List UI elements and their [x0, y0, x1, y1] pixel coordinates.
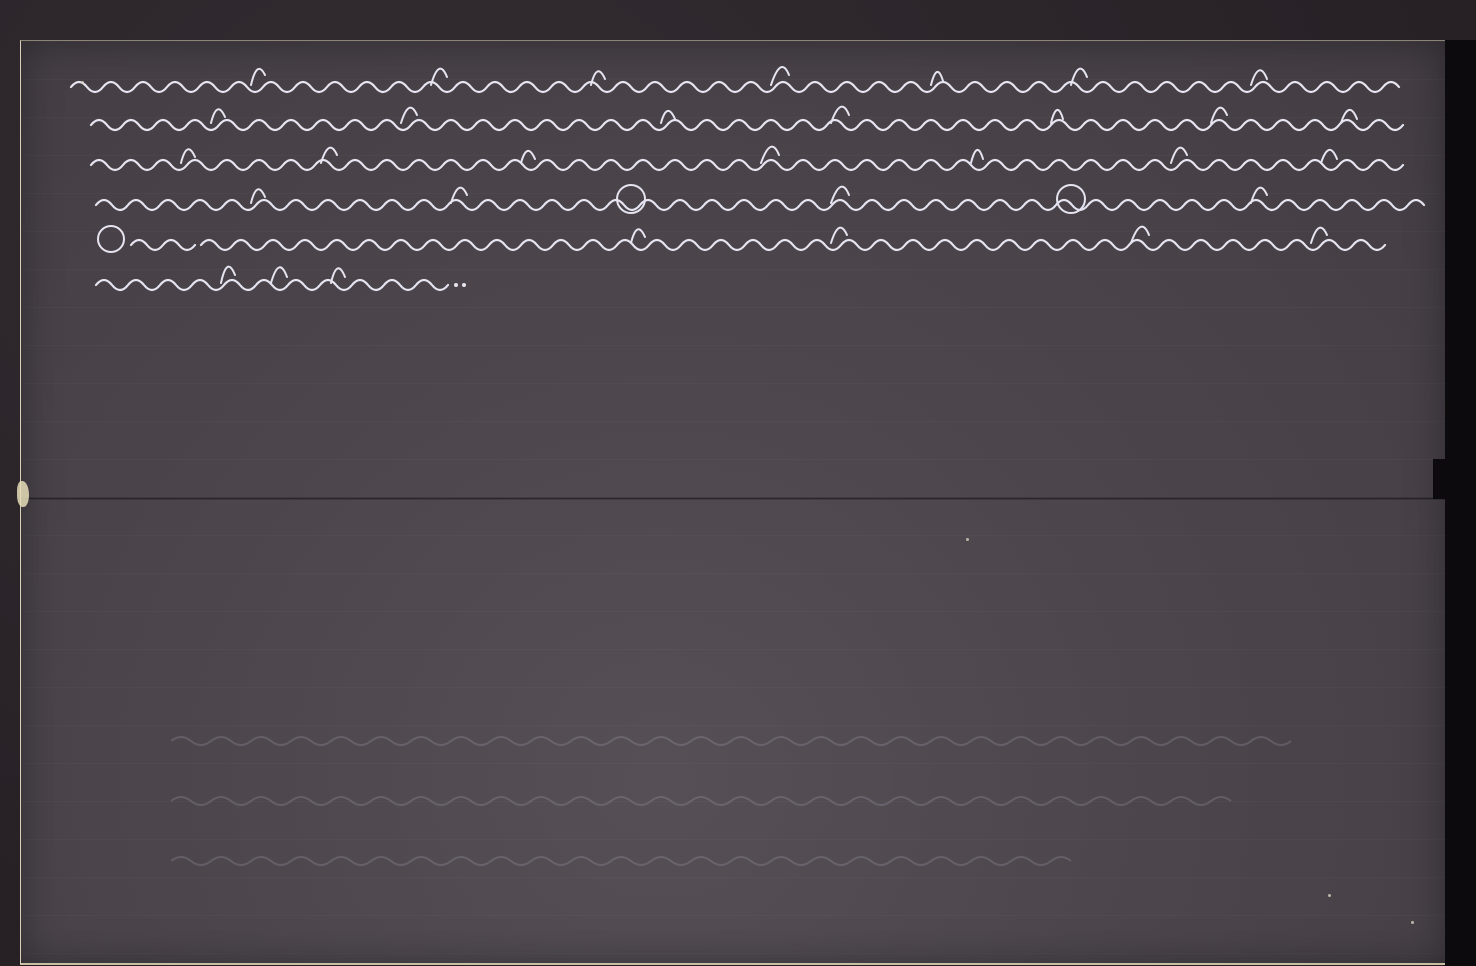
script-line-3: [illegible Burmese handwriting]	[71, 139, 1401, 179]
handwriting-strokes	[71, 99, 1381, 139]
handwriting-strokes	[71, 59, 1361, 99]
paper-speck	[966, 538, 969, 541]
handwriting-strokes	[71, 179, 1391, 219]
paper-speck	[1328, 894, 1331, 897]
script-line-5: [illegible Burmese handwriting]	[71, 219, 1401, 259]
fold-tear-left	[17, 481, 29, 507]
script-line-6: [illegible Burmese handwriting]	[71, 259, 1401, 299]
handwriting-strokes	[71, 219, 1371, 259]
script-line-2: [illegible Burmese handwriting]	[71, 99, 1401, 139]
handwritten-text-block: [illegible Burmese handwriting] [illegib…	[71, 59, 1401, 299]
paper-speck	[81, 81, 84, 84]
manuscript-sheet: [illegible Burmese handwriting] [illegib…	[20, 40, 1445, 965]
script-line-1: [illegible Burmese handwriting]	[71, 59, 1401, 99]
fold-tear-right	[1433, 459, 1455, 499]
handwriting-strokes	[71, 139, 1381, 179]
dark-gap	[1444, 40, 1476, 966]
script-line-4: [illegible Burmese handwriting]	[71, 179, 1401, 219]
paper-speck	[1411, 921, 1414, 924]
handwriting-strokes	[71, 259, 491, 299]
fold-line	[21, 497, 1445, 500]
faint-erased-traces	[171, 701, 1321, 901]
